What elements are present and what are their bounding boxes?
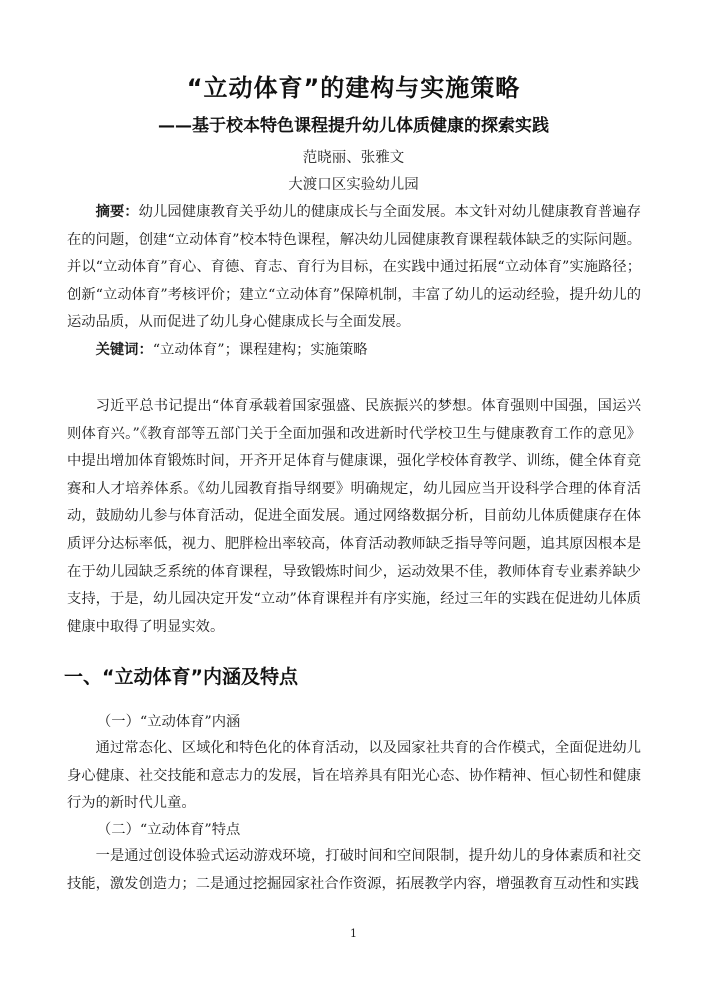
- keywords-text: “立动体育”；课程建构；实施策略: [153, 342, 368, 358]
- subsection-1-paragraph: 通过常态化、区域化和特色化的体育活动，以及园家社共育的合作模式，全面促进幼儿身心…: [67, 735, 641, 818]
- document-title: “立动体育”的建构与实施策略: [0, 70, 707, 106]
- keywords-paragraph: 关键词：“立动体育”；课程建构；实施策略: [67, 337, 641, 365]
- section-heading-1: 一、“立动体育”内涵及特点: [64, 662, 298, 692]
- subsection-heading-1: （一）“立动体育”内涵: [97, 709, 240, 735]
- keywords-label: 关键词：: [96, 342, 153, 358]
- subsection-heading-2: （二）“立动体育”特点: [97, 817, 240, 843]
- document-subtitle: ——基于校本特色课程提升幼儿体质健康的探索实践: [0, 112, 707, 140]
- abstract-label: 摘要：: [96, 204, 139, 220]
- subsection-2-paragraph: 一是通过创设体验式运动游戏环境，打破时间和空间限制，提升幼儿的身体素质和社交技能…: [67, 843, 641, 898]
- authors: 范晓丽、张雅文: [0, 146, 707, 170]
- abstract-text: 幼儿园健康教育关乎幼儿的健康成长与全面发展。本文针对幼儿健康教育普遍存在的问题，…: [67, 204, 641, 330]
- affiliation: 大渡口区实验幼儿园: [0, 173, 707, 197]
- abstract-paragraph: 摘要：幼儿园健康教育关乎幼儿的健康成长与全面发展。本文针对幼儿健康教育普遍存在的…: [67, 199, 641, 337]
- document-page: “立动体育”的建构与实施策略 ——基于校本特色课程提升幼儿体质健康的探索实践 范…: [0, 0, 707, 999]
- intro-paragraph: 习近平总书记提出“体育承载着国家强盛、民族振兴的梦想。体育强则中国强，国运兴则体…: [67, 393, 641, 641]
- page-number: 1: [0, 927, 707, 940]
